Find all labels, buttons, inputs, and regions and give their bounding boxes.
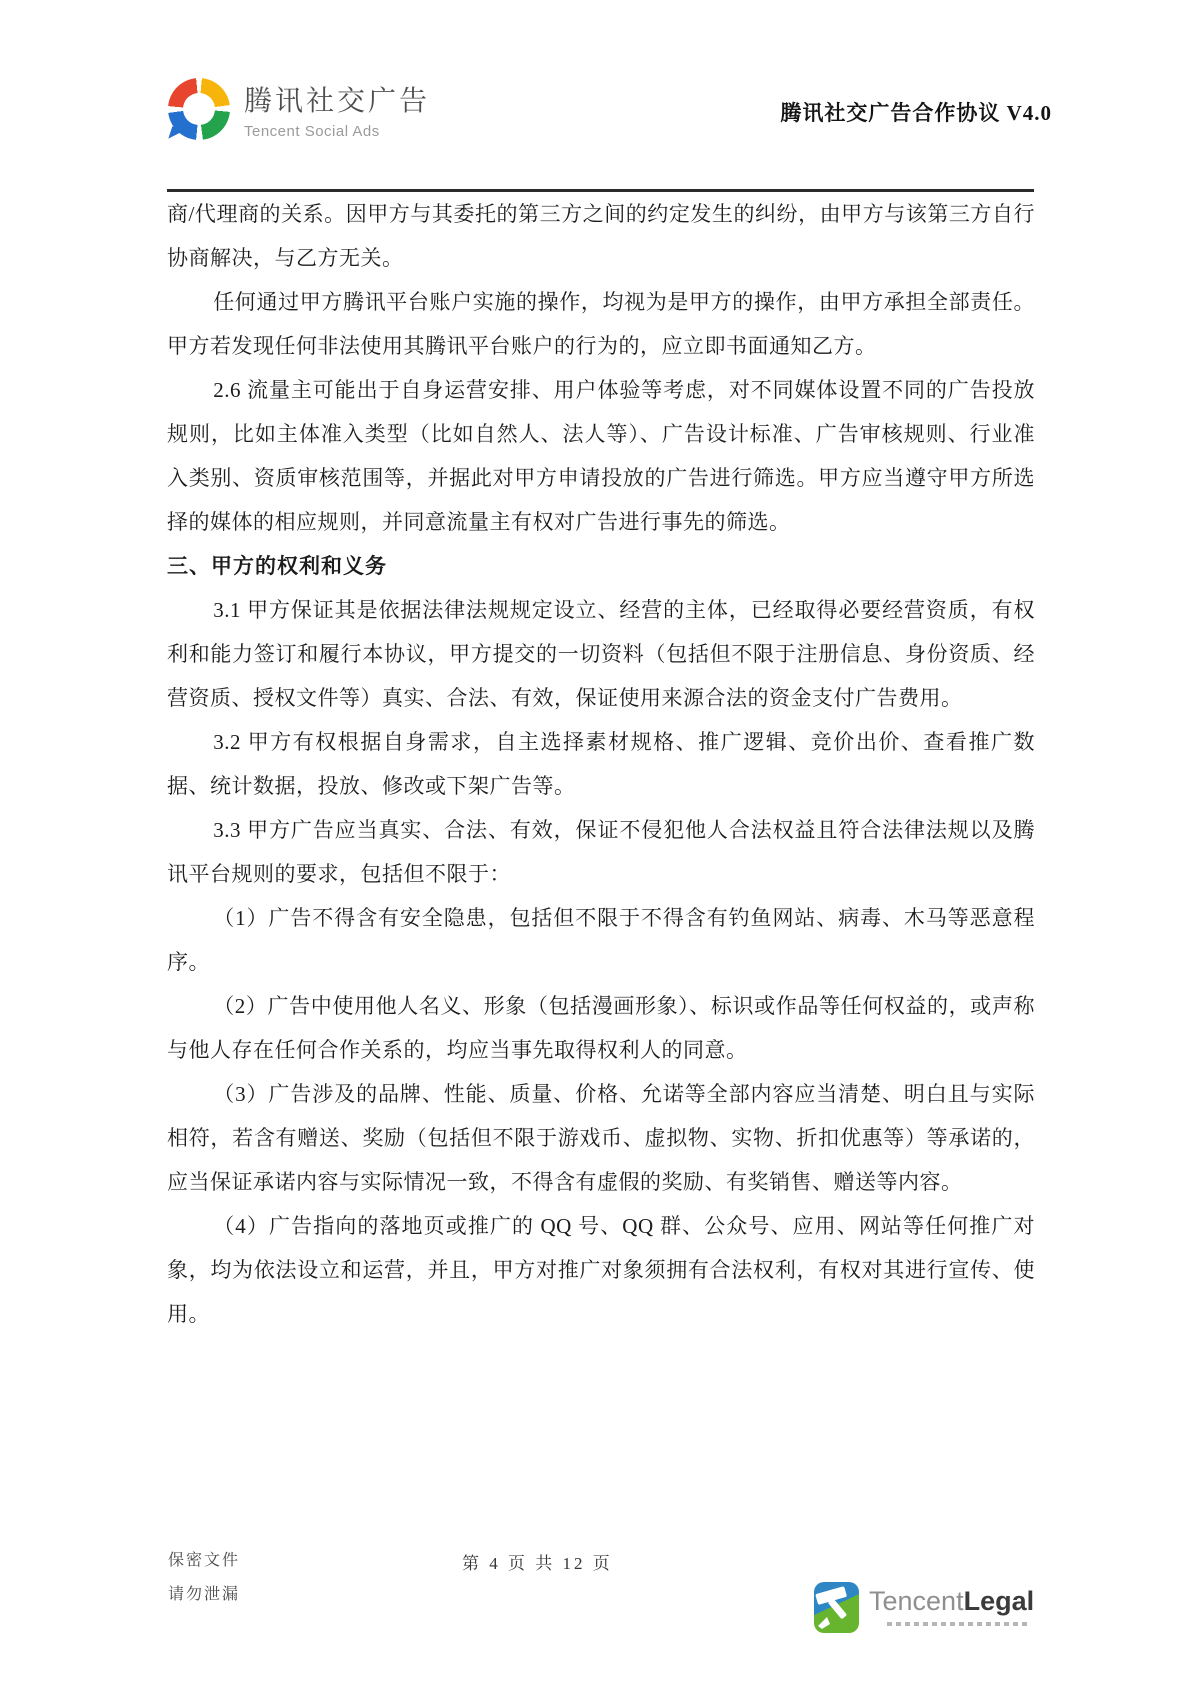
contract-body: 商/代理商的关系。因甲方与其委托的第三方之间的约定发生的纠纷，由甲方与该第三方自…	[167, 192, 1035, 1336]
header-brand: 腾讯社交广告 Tencent Social Ads	[168, 78, 430, 140]
confidential-line-2: 请勿泄漏	[168, 1578, 240, 1612]
body-paragraph-item-1: （1）广告不得含有安全隐患，包括但不限于不得含有钓鱼网站、病毒、木马等恶意程序。	[167, 896, 1035, 984]
section-heading-3: 三、甲方的权利和义务	[167, 544, 1035, 588]
body-paragraph-3-3: 3.3 甲方广告应当真实、合法、有效，保证不侵犯他人合法权益且符合法律法规以及腾…	[167, 808, 1035, 896]
body-paragraph: 任何通过甲方腾讯平台账户实施的操作，均视为是甲方的操作，由甲方承担全部责任。甲方…	[167, 280, 1035, 368]
tencent-legal-logo: TencentLegal	[814, 1582, 1034, 1633]
confidential-line-1: 保密文件	[168, 1544, 240, 1578]
tencent-social-ads-logo-icon	[168, 78, 230, 140]
document-title: 腾讯社交广告合作协议 V4.0	[600, 97, 1052, 127]
body-paragraph: 商/代理商的关系。因甲方与其委托的第三方之间的约定发生的纠纷，由甲方与该第三方自…	[167, 192, 1035, 280]
confidential-notice: 保密文件 请勿泄漏	[168, 1544, 240, 1612]
legal-brand-dark: Legal	[964, 1586, 1035, 1616]
body-paragraph-item-2: （2）广告中使用他人名义、形象（包括漫画形象）、标识或作品等任何权益的，或声称与…	[167, 984, 1035, 1072]
body-paragraph-item-4: （4）广告指向的落地页或推广的 QQ 号、QQ 群、公众号、应用、网站等任何推广…	[167, 1204, 1035, 1336]
tencent-legal-tagline	[887, 1622, 1027, 1626]
body-paragraph-3-2: 3.2 甲方有权根据自身需求，自主选择素材规格、推广逻辑、竞价出价、查看推广数据…	[167, 720, 1035, 808]
body-paragraph-item-3: （3）广告涉及的品牌、性能、质量、价格、允诺等全部内容应当清楚、明白且与实际相符…	[167, 1072, 1035, 1204]
page-number: 第 4 页 共 12 页	[462, 1549, 613, 1574]
body-paragraph-3-1: 3.1 甲方保证其是依据法律法规规定设立、经营的主体，已经取得必要经营资质，有权…	[167, 588, 1035, 720]
brand-name-cn: 腾讯社交广告	[244, 79, 430, 119]
brand-text: 腾讯社交广告 Tencent Social Ads	[244, 79, 430, 140]
body-paragraph-2-6: 2.6 流量主可能出于自身运营安排、用户体验等考虑，对不同媒体设置不同的广告投放…	[167, 368, 1035, 544]
tencent-legal-wordmark: TencentLegal	[869, 1582, 1034, 1626]
brand-name-en: Tencent Social Ads	[244, 123, 430, 140]
legal-brand-light: Tencent	[869, 1586, 964, 1616]
document-page: 腾讯社交广告 Tencent Social Ads 腾讯社交广告合作协议 V4.…	[0, 0, 1200, 1698]
gavel-icon	[814, 1582, 859, 1633]
